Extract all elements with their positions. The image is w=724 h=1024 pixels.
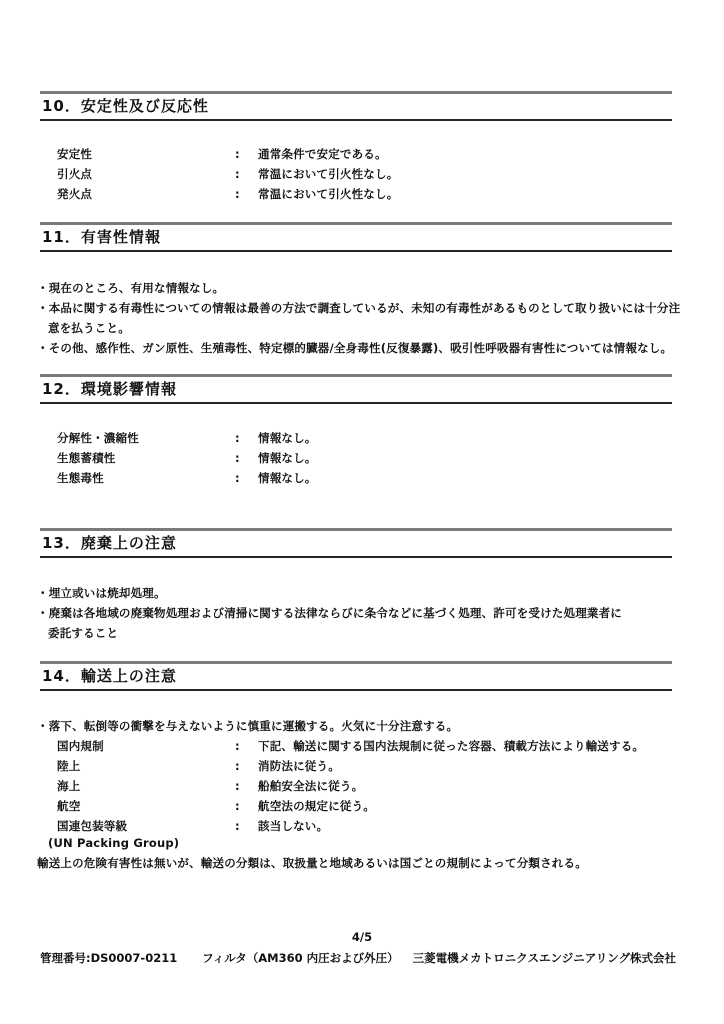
paragraph-line: ・本品に関する有毒性についての情報は最善の方法で調査しているが、未知の有毒性があ…: [37, 298, 672, 318]
kv-colon: :: [235, 428, 258, 448]
doc-control-number: 管理番号:DS0007-0211: [40, 951, 177, 965]
kv-label: 国連包装等級: [40, 816, 235, 836]
section-13-heading: 13．廃棄上の注意: [40, 528, 672, 558]
kv-colon: :: [235, 736, 258, 756]
section-hazard-information: 11．有害性情報 ・現在のところ、有用な情報なし。 ・本品に関する有毒性について…: [40, 222, 672, 358]
paragraph-line: ・廃棄は各地域の廃棄物処理および清掃に関する法律ならびに条令などに基づく処理、許…: [37, 603, 672, 623]
kv-label: 安定性: [40, 144, 235, 164]
table-row: 国連包装等級 : 該当しない。: [40, 816, 672, 836]
kv-value: 通常条件で安定である。: [258, 144, 672, 164]
paragraph-line: ・落下、転倒等の衝撃を与えないように慎重に運搬する。火気に十分注意する。: [37, 716, 672, 736]
section-stability-reactivity: 10．安定性及び反応性 安定性 : 通常条件で安定である。 引火点 : 常温にお…: [40, 91, 672, 204]
table-row: 分解性・濃縮性 : 情報なし。: [40, 428, 672, 448]
kv-colon: :: [235, 144, 258, 164]
product-name: フィルタ（AM360 内圧および外圧）: [202, 951, 398, 965]
footer: 管理番号:DS0007-0211 フィルタ（AM360 内圧および外圧）三菱電機…: [40, 951, 676, 965]
kv-value: 情報なし。: [258, 428, 672, 448]
kv-label: 引火点: [40, 164, 235, 184]
kv-colon: :: [235, 184, 258, 204]
kv-label: 航空: [40, 796, 235, 816]
table-row: 航空 : 航空法の規定に従う。: [40, 796, 672, 816]
kv-label: 分解性・濃縮性: [40, 428, 235, 448]
table-row: 生態蓄積性 : 情報なし。: [40, 448, 672, 468]
footer-right: フィルタ（AM360 内圧および外圧）三菱電機メカトロニクスエンジニアリング株式…: [202, 951, 676, 965]
kv-value: 情報なし。: [258, 468, 672, 488]
kv-colon: :: [235, 448, 258, 468]
company-name: 三菱電機メカトロニクスエンジニアリング株式会社: [413, 951, 676, 965]
kv-colon: :: [235, 816, 258, 836]
table-row: 海上 : 船舶安全法に従う。: [40, 776, 672, 796]
kv-value: 下記、輸送に関する国内法規制に従った容器、積載方法により輸送する。: [258, 736, 672, 756]
kv-label: 海上: [40, 776, 235, 796]
kv-colon: :: [235, 796, 258, 816]
kv-value: 情報なし。: [258, 448, 672, 468]
section-10-heading: 10．安定性及び反応性: [40, 91, 672, 121]
kv-value: 常温において引火性なし。: [258, 164, 672, 184]
paragraph-line: ・その他、感作性、ガン原性、生殖毒性、特定標的臓器/全身毒性(反復暴露)、吸引性…: [37, 338, 672, 358]
kv-value: 航空法の規定に従う。: [258, 796, 672, 816]
section-transport-precautions: 14．輸送上の注意 ・落下、転倒等の衝撃を与えないように慎重に運搬する。火気に十…: [40, 661, 672, 873]
kv-label: 生態毒性: [40, 468, 235, 488]
kv-colon: :: [235, 164, 258, 184]
paragraph-line: 輸送上の危険有害性は無いが、輸送の分類は、取扱量と地域あるいは国ごとの規制によっ…: [37, 853, 672, 873]
section-14-heading: 14．輸送上の注意: [40, 661, 672, 691]
paragraph-line: 意を払うこと。: [48, 318, 672, 338]
section-11-body: ・現在のところ、有用な情報なし。 ・本品に関する有毒性についての情報は最善の方法…: [40, 278, 672, 358]
paragraph-line: ・現在のところ、有用な情報なし。: [37, 278, 672, 298]
kv-colon: :: [235, 468, 258, 488]
paragraph-line: ・埋立或いは焼却処理。: [37, 583, 672, 603]
table-row: 国内規制 : 下記、輸送に関する国内法規制に従った容器、積載方法により輸送する。: [40, 736, 672, 756]
table-row: 生態毒性 : 情報なし。: [40, 468, 672, 488]
kv-value: 船舶安全法に従う。: [258, 776, 672, 796]
section-10-body: 安定性 : 通常条件で安定である。 引火点 : 常温において引火性なし。 発火点…: [40, 144, 672, 204]
kv-label: 発火点: [40, 184, 235, 204]
un-packing-group-note: (UN Packing Group): [40, 836, 672, 851]
kv-colon: :: [235, 776, 258, 796]
table-row: 陸上 : 消防法に従う。: [40, 756, 672, 776]
kv-colon: :: [235, 756, 258, 776]
kv-value: 常温において引火性なし。: [258, 184, 672, 204]
table-row: 発火点 : 常温において引火性なし。: [40, 184, 672, 204]
section-13-body: ・埋立或いは焼却処理。 ・廃棄は各地域の廃棄物処理および清掃に関する法律ならびに…: [40, 583, 672, 643]
sds-document-page: 10．安定性及び反応性 安定性 : 通常条件で安定である。 引火点 : 常温にお…: [0, 0, 724, 1024]
section-12-body: 分解性・濃縮性 : 情報なし。 生態蓄積性 : 情報なし。 生態毒性 : 情報な…: [40, 428, 672, 488]
section-disposal-precautions: 13．廃棄上の注意 ・埋立或いは焼却処理。 ・廃棄は各地域の廃棄物処理および清掃…: [40, 528, 672, 643]
kv-label: 国内規制: [40, 736, 235, 756]
kv-label: 生態蓄積性: [40, 448, 235, 468]
table-row: 引火点 : 常温において引火性なし。: [40, 164, 672, 184]
section-11-heading: 11．有害性情報: [40, 222, 672, 252]
kv-value: 該当しない。: [258, 816, 672, 836]
section-environmental-impact: 12．環境影響情報 分解性・濃縮性 : 情報なし。 生態蓄積性 : 情報なし。 …: [40, 374, 672, 488]
table-row: 安定性 : 通常条件で安定である。: [40, 144, 672, 164]
section-12-heading: 12．環境影響情報: [40, 374, 672, 404]
kv-value: 消防法に従う。: [258, 756, 672, 776]
page-number: 4/5: [0, 930, 724, 944]
section-14-body: ・落下、転倒等の衝撃を与えないように慎重に運搬する。火気に十分注意する。 国内規…: [40, 716, 672, 873]
kv-label: 陸上: [40, 756, 235, 776]
paragraph-line: 委託すること: [48, 623, 672, 643]
